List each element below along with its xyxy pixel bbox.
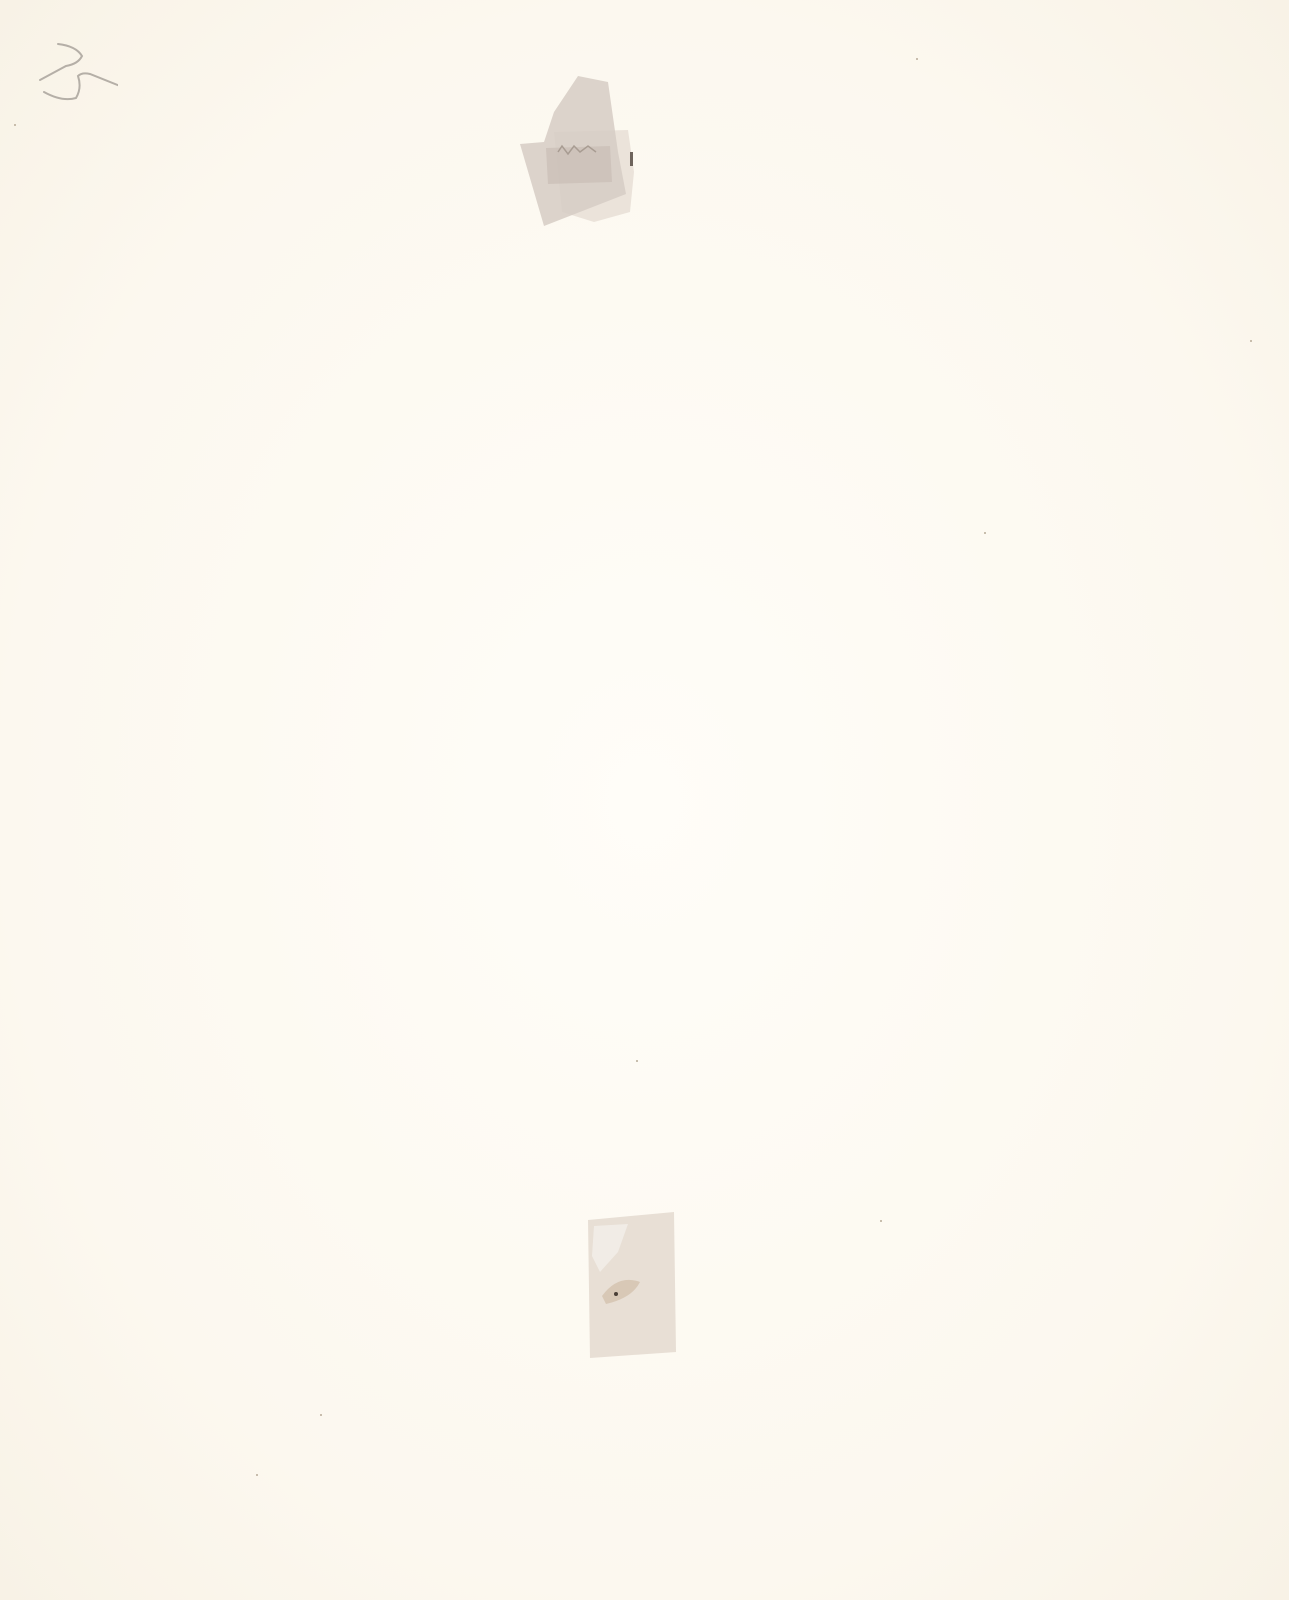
paper-speck — [1250, 340, 1252, 342]
pencil-annotation — [18, 36, 118, 106]
paper-speck — [984, 532, 986, 534]
paper-speck — [256, 1474, 258, 1476]
paper-speck — [880, 1220, 882, 1222]
tape-piece-top — [518, 72, 644, 234]
paper-sheet: 43 — [0, 0, 1289, 1600]
paper-speck — [320, 1414, 322, 1416]
tape-piece-bottom — [588, 1212, 682, 1358]
pencil-annotation-text: 43 — [0, 0, 1, 1]
paper-speck — [916, 58, 918, 60]
paper-speck — [14, 124, 16, 126]
paper-speck — [636, 1060, 638, 1062]
